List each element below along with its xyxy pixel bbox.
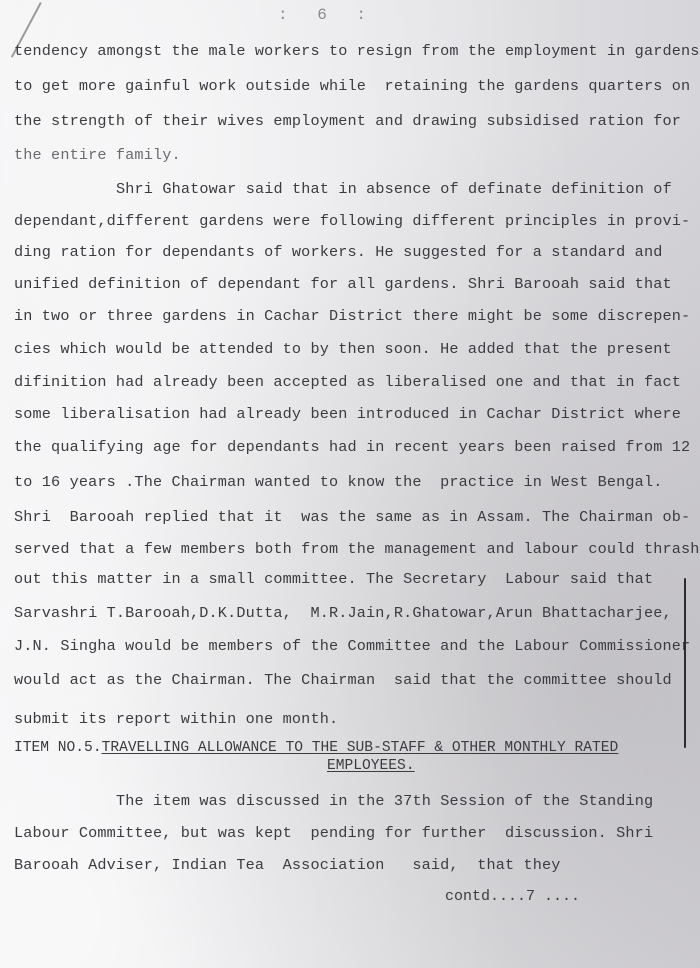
item-title-continued: EMPLOYEES. [327,758,415,774]
text-line: to get more gainful work outside while r… [14,77,690,95]
text-line: submit its report within one month. [14,710,338,728]
text-line: in two or three gardens in Cachar Distri… [14,307,690,325]
text-line: the qualifying age for dependants had in… [14,438,690,456]
text-line: would act as the Chairman. The Chairman … [14,671,672,689]
text-line: cies which would be attended to by then … [14,340,672,358]
text-line: Shri Ghatowar said that in absence of de… [116,180,672,198]
text-line: dependant,different gardens were followi… [14,212,690,230]
text-line: tendency amongst the male workers to res… [14,42,700,60]
text-line: Shri Barooah replied that it was the sam… [14,508,690,526]
text-line: Labour Committee, but was kept pending f… [14,824,653,842]
text-line: The item was discussed in the 37th Sessi… [116,792,653,810]
document-page: : 6 : tendency amongst the male workers … [0,0,700,968]
text-line: served that a few members both from the … [14,540,700,558]
text-line: ding ration for dependants of workers. H… [14,243,662,261]
page-number: : 6 : [278,6,376,24]
item-number: ITEM NO.5. [14,740,102,756]
item-title: TRAVELLING ALLOWANCE TO THE SUB-STAFF & … [102,740,619,756]
text-line: J.N. Singha would be members of the Comm… [14,637,690,655]
text-line: unified definition of dependant for all … [14,275,672,293]
text-line: to 16 years .The Chairman wanted to know… [14,473,662,491]
text-line: the entire family. [14,146,181,164]
text-line: Barooah Adviser, Indian Tea Association … [14,856,561,874]
text-line: difinition had already been accepted as … [14,373,681,391]
text-line: Sarvashri T.Barooah,D.K.Dutta, M.R.Jain,… [14,604,672,622]
text-line: the strength of their wives employment a… [14,112,681,130]
margin-ink-line [684,578,686,748]
text-line: some liberalisation had already been int… [14,405,681,423]
text-line: out this matter in a small committee. Th… [14,570,653,588]
continued-marker: contd....7 .... [445,888,580,905]
item-heading: ITEM NO.5.TRAVELLING ALLOWANCE TO THE SU… [14,740,618,756]
